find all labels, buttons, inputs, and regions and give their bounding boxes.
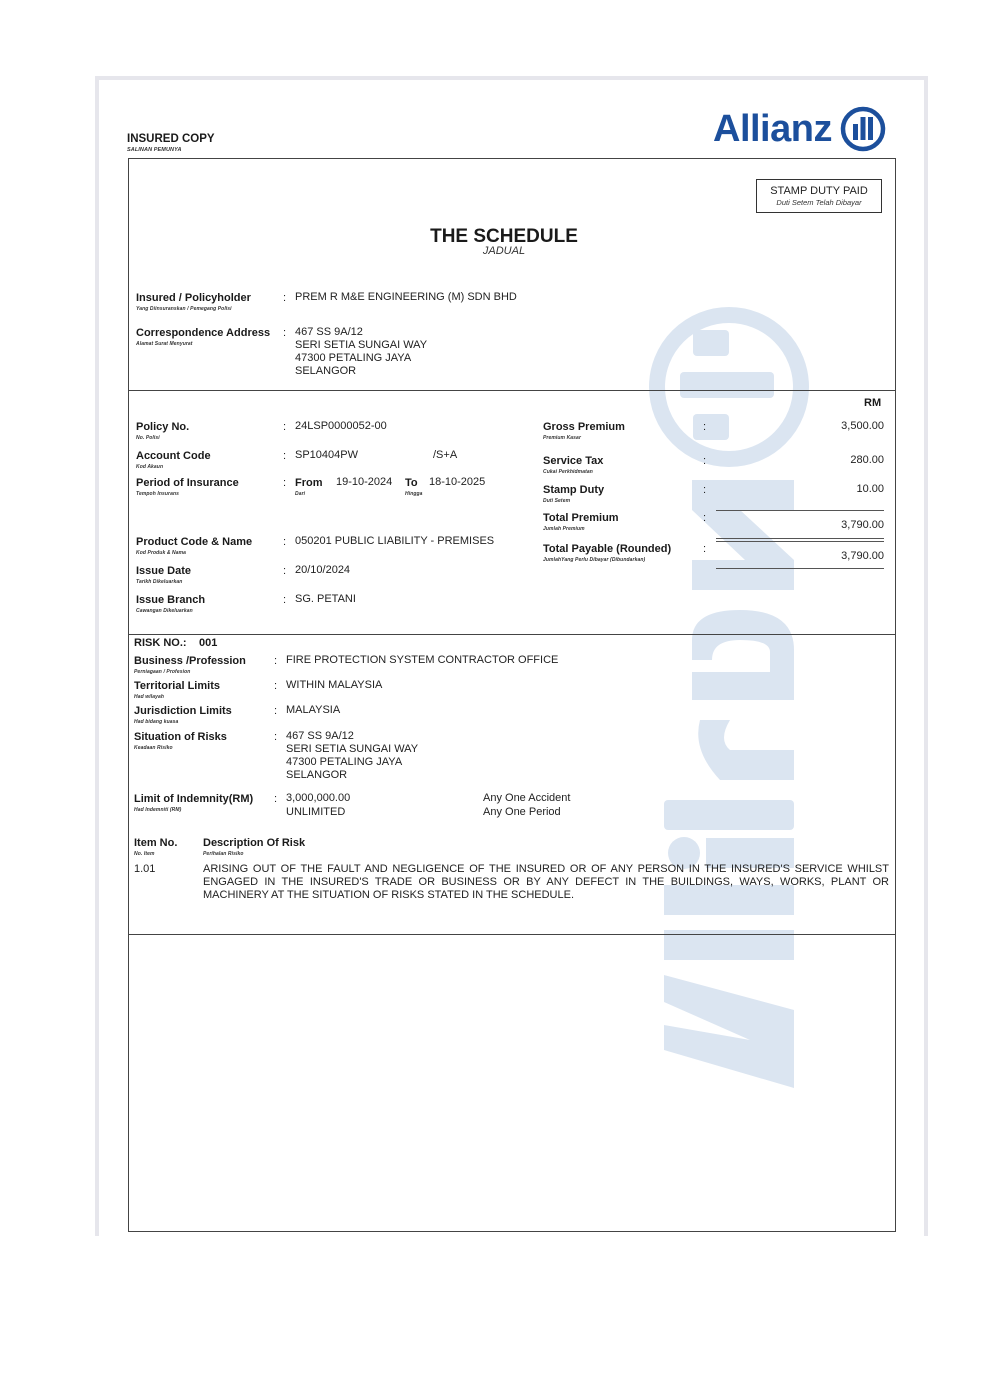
colon: : [283,327,286,339]
gross-premium-amount: 3,500.00 [784,420,884,432]
from-sub: Dari [295,491,305,497]
limit-accident-basis: Any One Accident [483,792,570,805]
description-sub: Perihalan Risiko [203,851,244,857]
to-sub: Hingga [405,491,423,497]
limit-period-value: UNLIMITED [286,806,345,819]
product-label: Product Code & Name [136,536,252,548]
colon: : [703,484,706,496]
stamp-duty-sub: Duti Setem [543,498,570,504]
territorial-value: WITHIN MALAYSIA [286,679,382,692]
period-label: Period of Insurance [136,477,239,489]
account-code-suffix: /S+A [433,449,457,462]
total-payable-amount: 3,790.00 [784,550,884,562]
product-sub: Kod Produk & Nama [136,550,186,556]
allianz-eagle-icon [840,106,886,152]
brand-name: Allianz [713,108,832,151]
service-tax-sub: Cukai Perkhidmatan [543,469,593,475]
situation-block: 467 SS 9A/12 SERI SETIA SUNGAI WAY 47300… [286,730,418,782]
issue-date-sub: Tarikh Dikeluarkan [136,579,182,585]
account-code-label: Account Code [136,450,211,462]
currency-label: RM [864,397,881,409]
divider [128,934,896,935]
total-premium-sub: Jumlah Premium [543,526,585,532]
colon: : [283,450,286,462]
page-title-sub: JADUAL [0,245,1000,257]
colon: : [703,543,706,555]
service-tax-amount: 280.00 [784,454,884,466]
item-no-label: Item No. [134,837,177,849]
colon: : [283,594,286,606]
allianz-logo: Allianz [713,106,886,152]
situation-sub: Keadaan Risiko [134,745,173,751]
colon: : [283,565,286,577]
jurisdiction-label: Jurisdiction Limits [134,705,232,717]
stamp-duty-label: Stamp Duty [543,484,604,496]
stamp-duty-box: STAMP DUTY PAID Duti Setem Telah Dibayar [756,179,882,213]
colon: : [274,680,277,692]
situation-line: SELANGOR [286,769,418,782]
address-line: 47300 PETALING JAYA [295,352,427,365]
total-payable-rule [716,568,884,569]
from-date: 19-10-2024 [336,476,392,489]
total-rule [716,538,884,539]
to-date: 18-10-2025 [429,476,485,489]
stamp-duty-amount: 10.00 [784,483,884,495]
description-label: Description Of Risk [203,837,305,849]
situation-line: 47300 PETALING JAYA [286,756,418,769]
territorial-sub: Had wilayah [134,694,164,700]
colon: : [703,455,706,467]
total-premium-label: Total Premium [543,512,619,524]
business-sub: Perniagaan / Profesion [134,669,190,675]
service-tax-label: Service Tax [543,455,603,467]
policyholder-label: Insured / Policyholder [136,292,251,304]
period-sub: Tempoh Insurans [136,491,179,497]
colon: : [283,536,286,548]
policy-no-value: 24LSP0000052-00 [295,420,387,433]
total-payable-sub: JumlahYang Perlu Dibayar (Dibundarkan) [543,557,645,563]
risk-no-value: 001 [199,637,217,649]
jurisdiction-value: MALAYSIA [286,704,340,717]
business-label: Business /Profession [134,655,246,667]
total-payable-label: Total Payable (Rounded) [543,543,671,555]
limit-period-basis: Any One Period [483,806,561,819]
issue-date-label: Issue Date [136,565,191,577]
colon: : [703,512,706,524]
product-value: 050201 PUBLIC LIABILITY - PREMISES [295,535,494,548]
from-label: From [295,477,323,489]
issue-branch-sub: Cawangan Dikeluarkan [136,608,193,614]
account-code-value: SP10404PW [295,449,358,462]
address-line: SELANGOR [295,365,427,378]
issue-branch-label: Issue Branch [136,594,205,606]
policyholder-sub: Yang Diinsuranskan / Pemegang Polisi [136,306,232,312]
policy-no-sub: No. Polisi [136,435,160,441]
item-no-value: 1.01 [134,863,155,876]
colon: : [283,421,286,433]
situation-line: 467 SS 9A/12 [286,730,418,743]
gross-premium-label: Gross Premium [543,421,625,433]
colon: : [283,292,286,304]
total-rule [716,541,884,542]
policyholder-value: PREM R M&E ENGINEERING (M) SDN BHD [295,291,517,304]
address-label: Correspondence Address [136,327,270,339]
stamp-duty-subtitle: Duti Setem Telah Dibayar [757,198,881,207]
address-line: SERI SETIA SUNGAI WAY [295,339,427,352]
colon: : [274,731,277,743]
subtotal-rule [716,510,884,511]
limit-accident-value: 3,000,000.00 [286,792,350,805]
stamp-duty-title: STAMP DUTY PAID [757,185,881,197]
to-label: To [405,477,418,489]
issue-branch-value: SG. PETANI [295,593,356,606]
address-block: 467 SS 9A/12 SERI SETIA SUNGAI WAY 47300… [295,326,427,378]
issue-date-value: 20/10/2024 [295,564,350,577]
colon: : [274,655,277,667]
limit-sub: Had Indemniti (RM) [134,807,181,813]
schedule-frame [128,158,896,1232]
item-description: ARISING OUT OF THE FAULT AND NEGLIGENCE … [203,863,889,902]
account-code-sub: Kod Akaun [136,464,163,470]
business-value: FIRE PROTECTION SYSTEM CONTRACTOR OFFICE [286,654,558,667]
address-line: 467 SS 9A/12 [295,326,427,339]
divider [128,634,896,635]
situation-line: SERI SETIA SUNGAI WAY [286,743,418,756]
insured-copy-label: INSURED COPY [127,133,215,145]
territorial-label: Territorial Limits [134,680,220,692]
address-sub: Alamat Surat Menyurat [136,341,193,347]
risk-no-label: RISK NO.: [134,637,187,649]
colon: : [703,421,706,433]
colon: : [283,477,286,489]
item-no-sub: No. Item [134,851,155,857]
situation-label: Situation of Risks [134,731,227,743]
insured-copy-sub: SALINAN PEMUNYA [127,147,182,153]
colon: : [274,705,277,717]
policy-no-label: Policy No. [136,421,189,433]
divider [128,390,896,391]
colon: : [274,793,277,805]
limit-label: Limit of Indemnity(RM) [134,793,253,805]
total-premium-amount: 3,790.00 [784,519,884,531]
jurisdiction-sub: Had bidang kuasa [134,719,178,725]
gross-premium-sub: Premium Kasar [543,435,581,441]
